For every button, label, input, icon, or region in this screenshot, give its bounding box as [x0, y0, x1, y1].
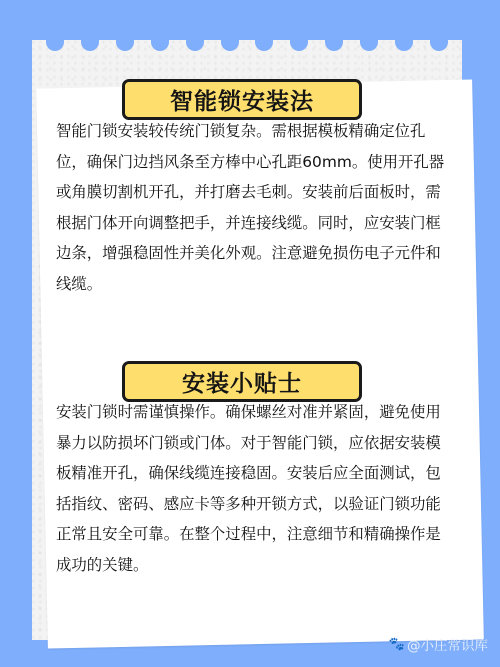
section-title-text: 智能锁安装法: [170, 83, 314, 116]
section-body-tips: 安装门锁时需谨慎操作。确保螺丝对准并紧固，避免使用暴力以防损坏门锁或门体。对于智…: [56, 397, 448, 580]
watermark: 🐾 @小庄常识库: [389, 634, 488, 654]
paw-icon: 🐾: [389, 637, 405, 652]
watermark-text: @小庄常识库: [407, 634, 488, 654]
article: 智能锁安装法 智能门锁安装较传统门锁复杂。需根据模板精确定位孔位，确保门边挡风条…: [0, 0, 500, 667]
section-title-text: 安装小贴士: [182, 365, 302, 398]
section-body-installation: 智能门锁安装较传统门锁复杂。需根据模板精确定位孔位，确保门边挡风条至方棒中心孔距…: [56, 116, 448, 299]
section-title-tips: 安装小贴士: [122, 361, 362, 402]
section-title-installation: 智能锁安装法: [122, 79, 362, 120]
